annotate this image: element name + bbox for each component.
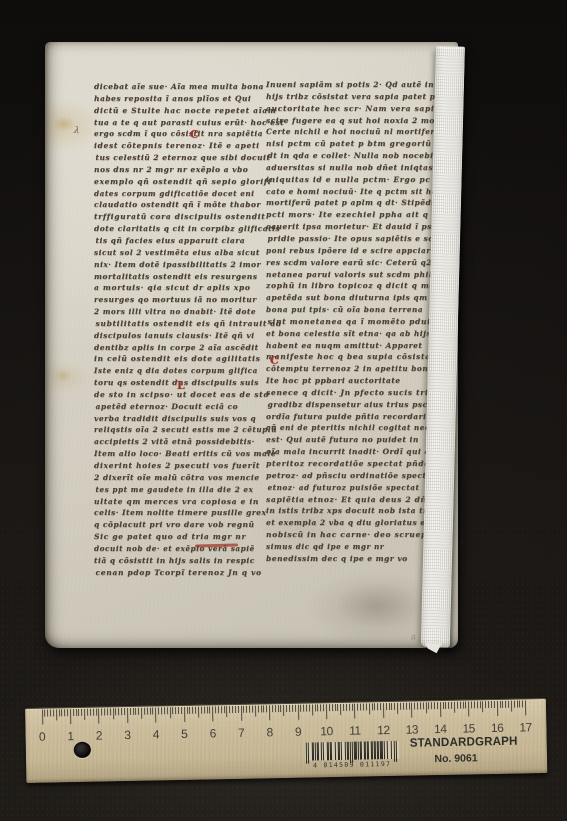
cm-number: 10 [320, 724, 333, 738]
parchment-stain [53, 116, 75, 132]
manuscript-text-line: tis qñ facies eius apparuit clara [96, 235, 260, 247]
ruler: 01234567891011121314151617 4 014509 0111… [25, 698, 547, 783]
cm-number: 3 [124, 728, 130, 742]
manuscript-text-line: claudatio ostendit qñ ĩ mõte thabor [94, 199, 258, 211]
cm-number: 6 [209, 726, 215, 740]
manuscript-text-line: res scdm valore earũ sic· Ceterũ q2 mo [266, 257, 439, 269]
manuscript-text-line: scire fugere ea q sut hoi noxia 2 mortif… [266, 115, 439, 127]
rubric-initial: C [190, 130, 199, 140]
manuscript-text-line: iniquitas id e nulla pctm· Ergo pc [266, 174, 439, 186]
manuscript-text-line: aduersitas si nulla nob dñet iniqtas [266, 162, 439, 174]
manuscript-text-line: senece q dicit· Jn pfecto sucis tribus [266, 387, 439, 399]
manuscript-text-line: habent ea nuqm amittut· Apparet [266, 340, 439, 352]
rubric-initial: L [177, 381, 185, 391]
manuscript-text-line: tiã q cõsistit in hijs salis in respic [94, 555, 258, 567]
ruler-model-number: No. 9061 [410, 752, 502, 766]
manuscript-text-line: mortalitatis ostendit eis resurgens [94, 271, 258, 283]
manuscript-text-line: manifeste hoc q bea supia cõsistat ĩ [266, 351, 439, 363]
manuscript-text-line: cũ eni de pteritis nichil cogitat nec [266, 422, 439, 434]
manuscript-text-line: ultate qm merces vra copiosa e in [94, 496, 258, 508]
manuscript-text-line: bona pui tpis· cũ oĩa bona terrena [266, 304, 439, 316]
cm-number: 14 [434, 722, 447, 736]
cm-number: 8 [266, 725, 272, 739]
barcode-bar [395, 741, 396, 762]
manuscript-text-line: dt in qda e collet· Nulla nob nocebit [268, 150, 441, 162]
manuscript-text-line: dicebat aĩe sue· Aĩa mea multa bona [94, 81, 258, 93]
manuscript-text-line: tua a te q aut parasti cuius erũt· hoc e… [94, 117, 258, 129]
cm-number: 5 [181, 727, 187, 741]
marginal-mark: λ [73, 126, 80, 137]
manuscript-text-line: Iste eniz q dia dotes corpum glifica [94, 365, 258, 377]
manuscript-text-line: ordĩa futura puide pñtia recordari [266, 411, 439, 423]
manuscript-text-line: et bona celestia sĩt etna· qa ab hijs qu… [266, 328, 439, 340]
manuscript-text-line: in istis tribz xps docuit nob ista tria [266, 505, 439, 517]
rubric-initial: C [270, 356, 279, 366]
manuscript-text-line: Ite hoc pt ppbari auctoritate [266, 375, 439, 387]
manuscript-text-line: trffiguratũ cora discipulis ostendit [94, 211, 258, 223]
cm-number: 17 [519, 720, 532, 734]
ruler-brand: STANDARDGRAPH [410, 736, 502, 750]
book-block-edge [40, 47, 47, 650]
manuscript-text-line: reliqstis oĩa 2 secuti estis me 2 cẽtupl… [94, 424, 258, 436]
manuscript-text-line: accipietis 2 vitã etnã possidebitis· [94, 436, 258, 448]
photo-backdrop: λ dicebat aĩe sue· Aĩa mea multa bonahab… [0, 0, 567, 821]
text-column-right: Inueni sapiãm si potis 2· Qd autẽ inhijs… [266, 79, 439, 565]
manuscript-text-line: zophũ in libro topicoz q dicit q magis [266, 280, 439, 292]
manuscript-text-line: benedissim dec q ipe e mgr vo [266, 553, 439, 565]
manuscript-text-line: in celũ ostendit eis dote agilitatis [94, 353, 258, 365]
manuscript-text-line: apetẽda sut bona diuturna ipis qm [266, 292, 439, 304]
cm-number: 15 [462, 721, 475, 735]
manuscript-text-line: dictũ e Stulte hac nocte repetet aĩam [94, 105, 258, 117]
manuscript-text-line: est· Qui autẽ futura no puidet in [266, 434, 439, 446]
manuscript-text-line: dentibz aplis in corpe 2 aĩa ascẽdit [94, 342, 258, 354]
manuscript-text-line: a mortuis· qia sicut dr aplis xpo [94, 282, 258, 294]
cm-number: 4 [153, 727, 159, 741]
manuscript-text-line: nisi pctm cũ patet p btm gregoriũ q [266, 138, 439, 150]
manuscript-text-line: hijs tribz cõsistat vera sapia patet p d… [266, 91, 439, 103]
manuscript-text-line: oĩa mala incurrit inadit· Ordĩ qui ad [266, 446, 439, 458]
manuscript-text-line: subtilitatis ostendit eis qñ intrauit ad [96, 318, 260, 330]
manuscript-text-line: sint monetanea qa ĩ momẽto pdutur [268, 316, 441, 328]
manuscript-text-line: nix· Item dotẽ ipassibilitatis 2 imor [94, 259, 258, 271]
manuscript-text-line: sicut sol 2 vestimẽta eius alba sicut [94, 247, 258, 259]
manuscript-text-line: habes reposita ĩ anos plĩos et Qui [94, 93, 258, 105]
manuscript-text-line: poni rebus ipõere id e scire appciari [266, 245, 439, 257]
barcode-bars [305, 741, 399, 761]
cm-number: 2 [96, 729, 102, 743]
manuscript-text-line: cato e homi nociuũ· Ite q pctm sit hoi [266, 186, 439, 198]
manuscript-text-line: Sic ge patet quo ad tria mgr nr [94, 531, 258, 543]
manuscript-text-line: de sto in scipso· ut docet eas de sto [94, 389, 258, 401]
manuscript-text-line: Item alio loco· Beati eritis cũ vos male [94, 448, 258, 460]
barcode: 4 014509 011197 [305, 741, 399, 769]
manuscript-text-line: pteritoz recordatiõe spectat pñdetia [266, 458, 439, 470]
manuscript-text-line: apetẽd eternoz· Docuit eciã co [96, 401, 260, 413]
manuscript-text-line: pridie passio· Ite opus sapiẽtis e scire [268, 233, 441, 245]
manuscript-page: λ dicebat aĩe sue· Aĩa mea multa bonahab… [45, 42, 458, 648]
cm-number: 16 [491, 721, 504, 735]
manuscript-text-line: dote claritatis q cit in corpibz glifica… [94, 223, 258, 235]
manuscript-text-line: Certe nichil e hoi nociuũ nl mortiferũ [266, 126, 439, 138]
manuscript-text-line: exemplo qñ ostendit qñ sepio glorifi [94, 176, 258, 188]
cm-number: 7 [238, 726, 244, 740]
manuscript-text-line: cauerit ipsa morietur· Et dauid ĩ pso [266, 221, 439, 233]
manuscript-text-line: simus dic qd ipe e mgr nr [266, 541, 439, 553]
manuscript-text-line: mortiferũ patet p aplm q dt· Stipẽdia [266, 197, 439, 209]
manuscript-text-line: 2 mors illi vltra no dnabit· Itẽ dote [94, 306, 258, 318]
manuscript-text-line: sapiẽtia etnoz· Et quia deus 2 dñs [266, 494, 439, 506]
manuscript-text-line: cõtemptu terrenoz 2 in apetitu bonoz [266, 363, 439, 375]
manuscript-text-line: resurges qo mortuus iã no moritur [94, 294, 258, 306]
parchment-stain [55, 369, 71, 382]
manuscript-text-line: gradibz dispensetur aius trius pscia [268, 399, 441, 411]
cm-number: 9 [295, 725, 301, 739]
manuscript-text-line: petroz· ad pñsciu ordinatiõe spectat [266, 470, 439, 482]
manuscript-text-line: Inueni sapiãm si potis 2· Qd autẽ in [266, 79, 439, 91]
manuscript-text-line: netanea parui valoris sut scdm philo [266, 269, 439, 281]
manuscript-text-line: 2 dixerĩt oĩe malũ cõtra vos mencie [94, 472, 258, 484]
manuscript-text-line: et exempla 2 vba q diu gloriatus e [266, 517, 439, 529]
underleaf-edge [48, 644, 275, 653]
manuscript-text-line: idest cõtepnis terenoz· Itẽ e apeti [94, 140, 258, 152]
manuscript-text-line: celis· Item nolite timere pusille grex [94, 507, 258, 519]
manuscript-text-line: toru qs ostendit dns discipulis suis [94, 377, 258, 389]
manuscript-text-line: dixerint hoies 2 psecuti vos fuerĩt [94, 460, 258, 472]
cm-number: 0 [39, 730, 45, 744]
manuscript-text-line: discipulos ianuis clausis· Itẽ qñ vi [94, 330, 258, 342]
manuscript-text-line: auctoritate hec scr· Nam vera sapiã est [266, 103, 439, 115]
manuscript-text-line: tes ppt me gaudete in illa die 2 ex [96, 484, 260, 496]
cm-number: 13 [406, 722, 419, 736]
manuscript-text-line: pcti mors· Ite ezechiel ppha ait q pec [266, 209, 439, 221]
manuscript-text-line: etnoz· ad futuroz puisiõe spectat [268, 482, 441, 494]
text-column-left: dicebat aĩe sue· Aĩa mea multa bonahabes… [94, 81, 258, 578]
cm-number: 11 [349, 724, 361, 738]
manuscript-text-line: verba tradidit discipulis suis vos q [94, 413, 258, 425]
manuscript-text-line: q cõplacuit pri vro dare vob regnũ [94, 519, 258, 531]
manuscript-text-line: nos dns nr 2 mgr nr exẽplo a vbo [94, 164, 258, 176]
manuscript-text-line: cenan pdop Tcorpĩ terenoz Jn q vo [96, 567, 260, 579]
manuscript-text-line: tus celestiũ 2 eternoz que sibi docuit [96, 152, 260, 164]
manuscript-text-line: dates corpum gdificatiõe docet eni [94, 188, 258, 200]
cm-number: 12 [377, 723, 390, 737]
cm-number: 1 [67, 729, 73, 743]
manuscript-text-line: nobiscũ in hac carne· deo scruepos [266, 529, 439, 541]
manuscript-text-line: ergo scdm ĩ quo cõsistit nra sapiẽtia [94, 128, 258, 140]
parchment-stain [335, 582, 421, 628]
